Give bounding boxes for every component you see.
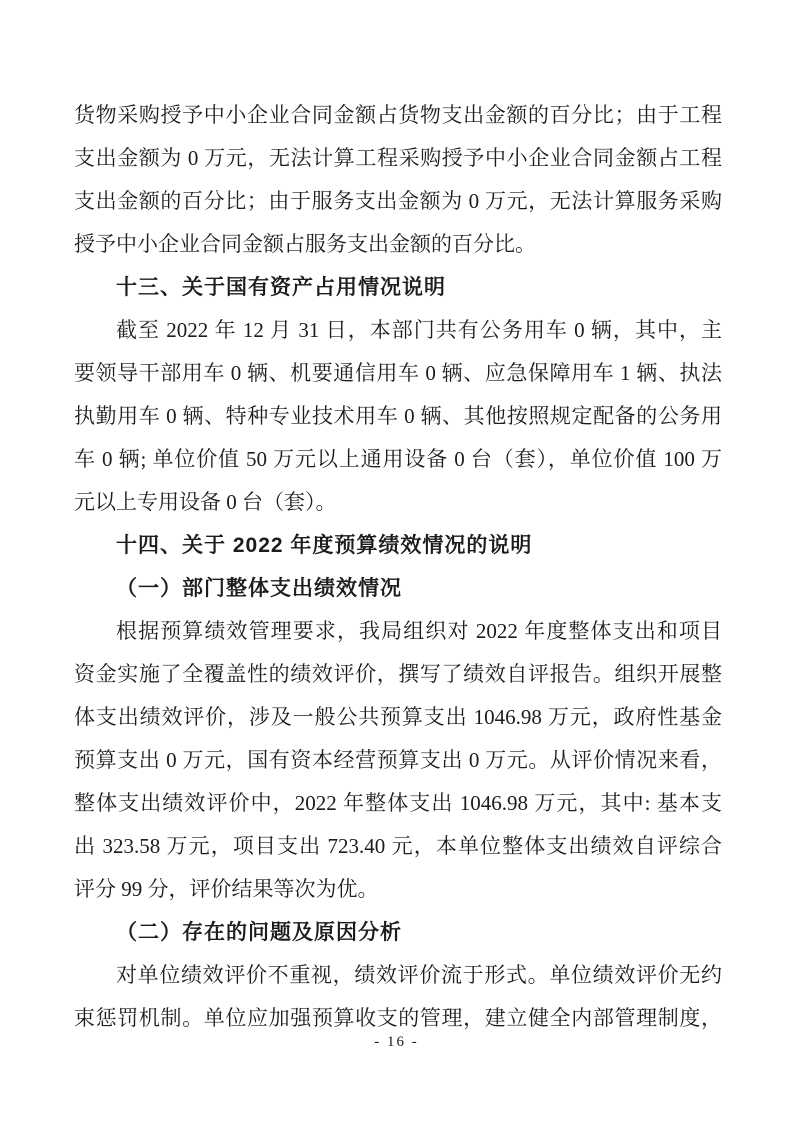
page-number: - 16 - bbox=[0, 1034, 793, 1051]
body-text-line: 评分 99 分，评价结果等次为优。 bbox=[74, 868, 722, 911]
document-body: 货物采购授予中小企业合同金额占货物支出金额的百分比；由于工程 支出金额为 0 万… bbox=[74, 94, 722, 1040]
body-text-line: 根据预算绩效管理要求，我局组织对 2022 年度整体支出和项目 bbox=[74, 610, 722, 653]
section-heading-14: 十四、关于 2022 年度预算绩效情况的说明 bbox=[74, 524, 722, 567]
body-text-line: 体支出绩效评价，涉及一般公共预算支出 1046.98 万元，政府性基金 bbox=[74, 696, 722, 739]
body-text-line: 车 0 辆; 单位价值 50 万元以上通用设备 0 台（套），单位价值 100 … bbox=[74, 438, 722, 481]
document-page: 货物采购授予中小企业合同金额占货物支出金额的百分比；由于工程 支出金额为 0 万… bbox=[0, 0, 793, 1122]
body-text-line: 支出金额为 0 万元，无法计算工程采购授予中小企业合同金额占工程 bbox=[74, 137, 722, 180]
body-text-line: 预算支出 0 万元，国有资本经营预算支出 0 万元。从评价情况来看， bbox=[74, 739, 722, 782]
body-text-line: 对单位绩效评价不重视，绩效评价流于形式。单位绩效评价无约 bbox=[74, 954, 722, 997]
body-text-line: 货物采购授予中小企业合同金额占货物支出金额的百分比；由于工程 bbox=[74, 94, 722, 137]
body-text-line: 授予中小企业合同金额占服务支出金额的百分比。 bbox=[74, 223, 722, 266]
section-heading-13: 十三、关于国有资产占用情况说明 bbox=[74, 266, 722, 309]
body-text-line: 截至 2022 年 12 月 31 日，本部门共有公务用车 0 辆，其中，主 bbox=[74, 309, 722, 352]
body-text-line: 出 323.58 万元，项目支出 723.40 元，本单位整体支出绩效自评综合 bbox=[74, 825, 722, 868]
body-text-line: 要领导干部用车 0 辆、机要通信用车 0 辆、应急保障用车 1 辆、执法 bbox=[74, 352, 722, 395]
body-text-line: 执勤用车 0 辆、特种专业技术用车 0 辆、其他按照规定配备的公务用 bbox=[74, 395, 722, 438]
subsection-heading-2: （二）存在的问题及原因分析 bbox=[74, 911, 722, 954]
body-text-line: 整体支出绩效评价中，2022 年整体支出 1046.98 万元，其中: 基本支 bbox=[74, 782, 722, 825]
subsection-heading-1: （一）部门整体支出绩效情况 bbox=[74, 567, 722, 610]
body-text-line: 元以上专用设备 0 台（套）。 bbox=[74, 481, 722, 524]
body-text-line: 支出金额的百分比；由于服务支出金额为 0 万元，无法计算服务采购 bbox=[74, 180, 722, 223]
body-text-line: 资金实施了全覆盖性的绩效评价，撰写了绩效自评报告。组织开展整 bbox=[74, 653, 722, 696]
